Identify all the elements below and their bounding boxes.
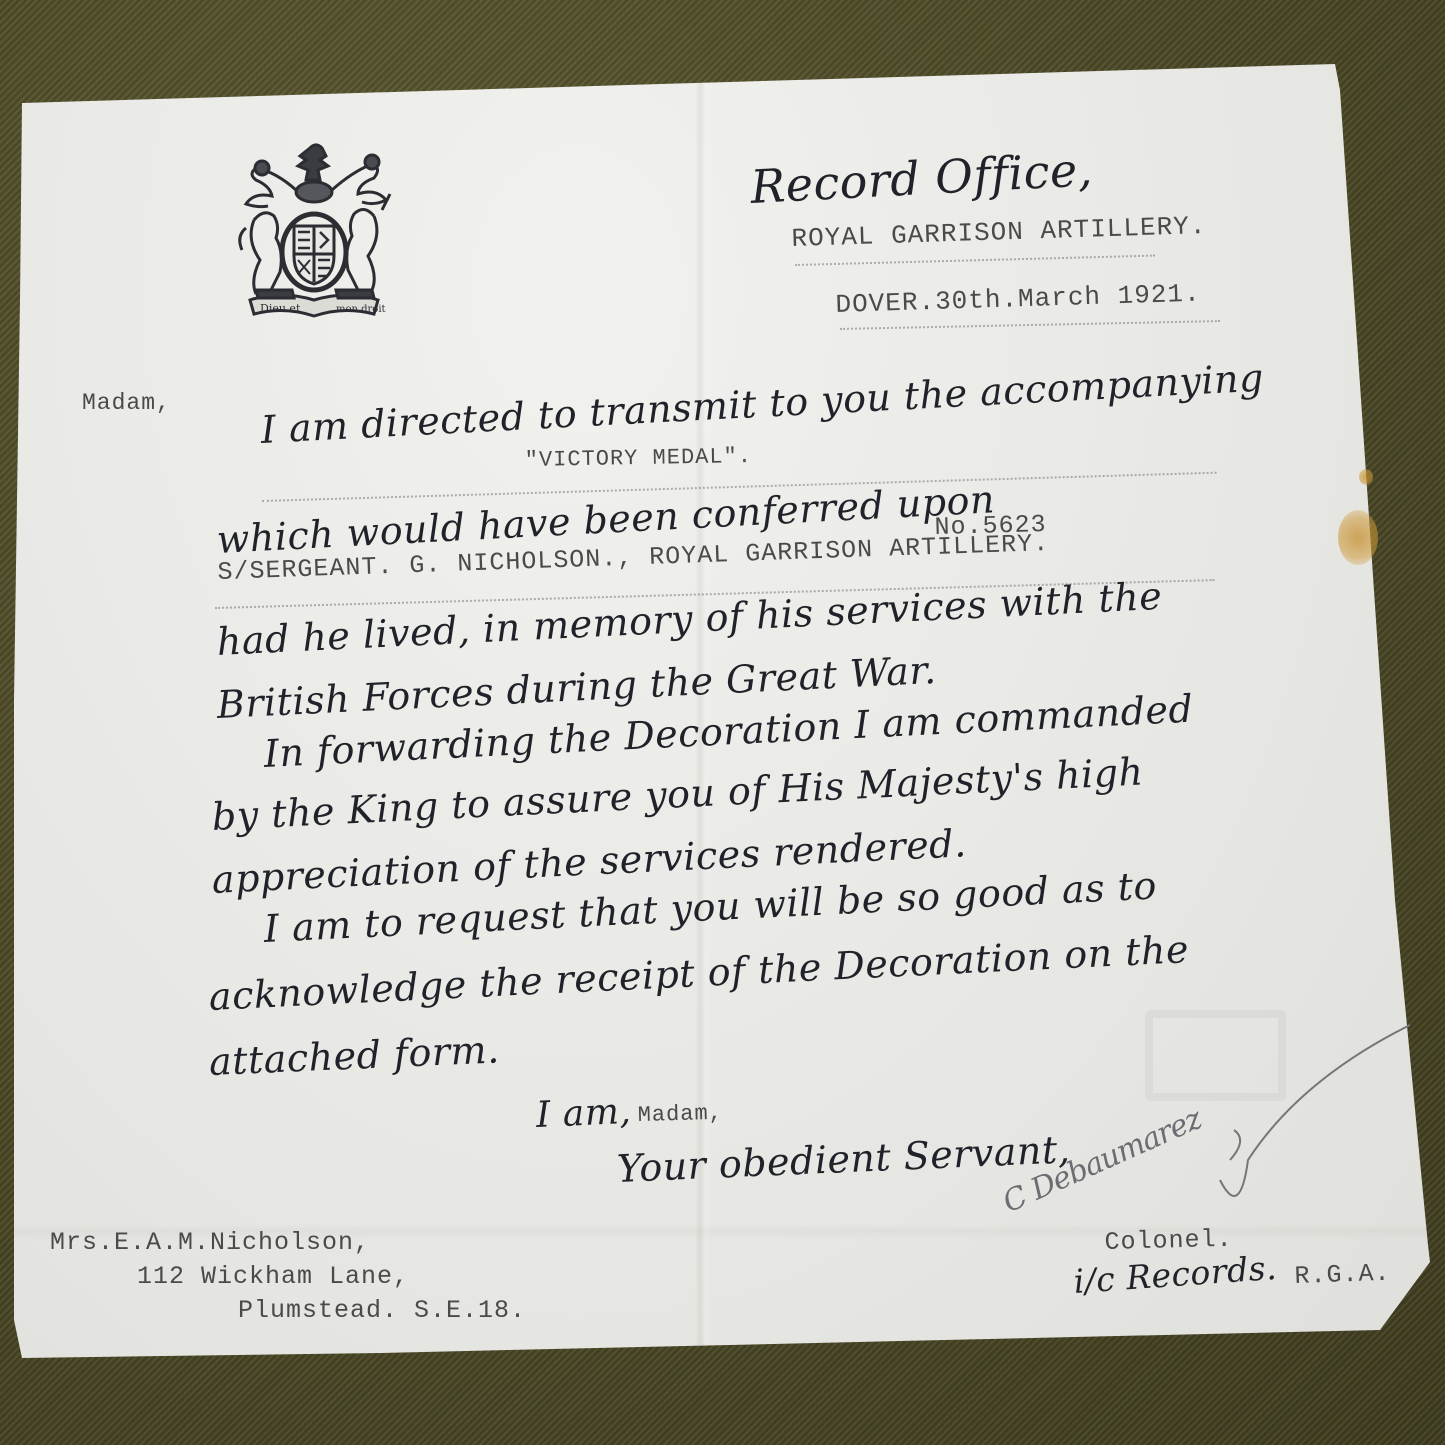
royal-coat-of-arms-icon: Dieu et mon droit: [232, 140, 397, 325]
stain-small: [1359, 469, 1373, 485]
closing-madam: Madam,: [637, 1101, 723, 1128]
signatory-unit: R.G.A.: [1294, 1259, 1391, 1291]
stain-large: [1338, 510, 1378, 565]
crest-motto-right: mon droit: [336, 304, 386, 315]
closing-i-am: I am,: [535, 1091, 632, 1136]
signature-flourish: [1180, 1010, 1420, 1210]
salutation: Madam,: [82, 390, 171, 416]
addressee-town: Plumstead. S.E.18.: [238, 1296, 526, 1325]
crest-motto-left: Dieu et: [260, 302, 301, 315]
addressee-name: Mrs.E.A.M.Nicholson,: [50, 1228, 370, 1257]
medal-name: "VICTORY MEDAL".: [525, 444, 753, 473]
addressee-street: 112 Wickham Lane,: [137, 1262, 409, 1291]
